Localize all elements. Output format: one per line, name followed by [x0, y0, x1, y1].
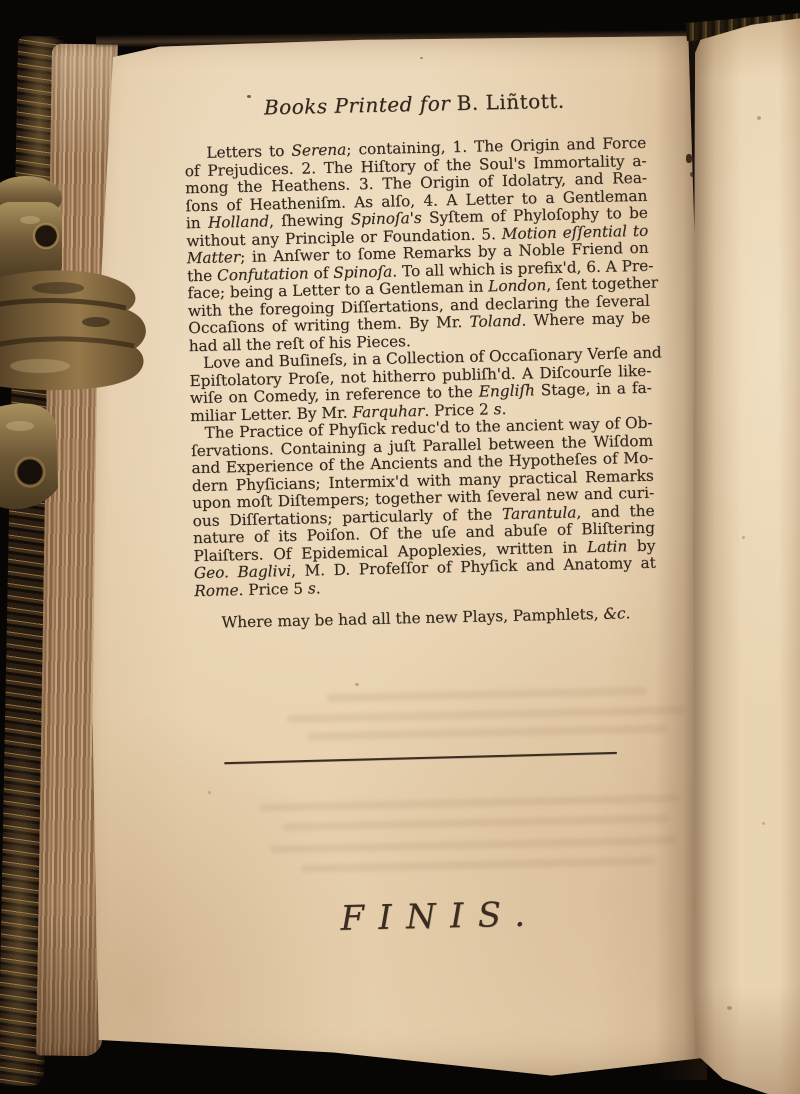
photo-background: { "palette": { "backdrop": "#070605", "p…	[0, 0, 800, 1094]
closing-line: Where may be had all the new Plays, Pamp…	[195, 604, 657, 632]
foxing-spot	[208, 791, 211, 794]
foxing-spot	[762, 822, 765, 825]
show-through-line	[327, 687, 647, 702]
facing-blank-page	[693, 14, 800, 1094]
catalog-paragraph: The Practice of Phyſick reduc'd to the a…	[191, 415, 657, 600]
show-through-line	[282, 814, 670, 831]
show-through-line	[270, 836, 676, 853]
show-through-line	[301, 857, 657, 873]
show-through-line	[308, 724, 668, 740]
catalog-paragraphs: Letters to Serena; containing, 1. The Or…	[184, 135, 656, 600]
gutter-speck	[690, 172, 694, 177]
gutter-speck	[686, 154, 692, 163]
printed-text-block: Books Printed for B. Liñtott. Letters to…	[183, 87, 664, 942]
show-through-line	[259, 794, 679, 812]
foxing-spot	[727, 1006, 732, 1010]
foxing-spot	[757, 116, 761, 120]
foxing-spot	[420, 57, 423, 59]
ink-speck	[247, 95, 251, 98]
foxing-spot	[742, 536, 745, 539]
page-title-italic: Books Printed for	[264, 91, 451, 119]
foxing-spot	[355, 683, 359, 686]
catalog-paragraph: Love and Buſineſs, in a Collection of Oc…	[189, 345, 652, 425]
show-through-line	[287, 706, 687, 723]
brass-clasp-icon	[0, 176, 152, 528]
separator-rule	[224, 752, 617, 764]
catalog-paragraph: Letters to Serena; containing, 1. The Or…	[184, 135, 651, 355]
page-title-publisher: B. Liñtott.	[456, 89, 565, 115]
